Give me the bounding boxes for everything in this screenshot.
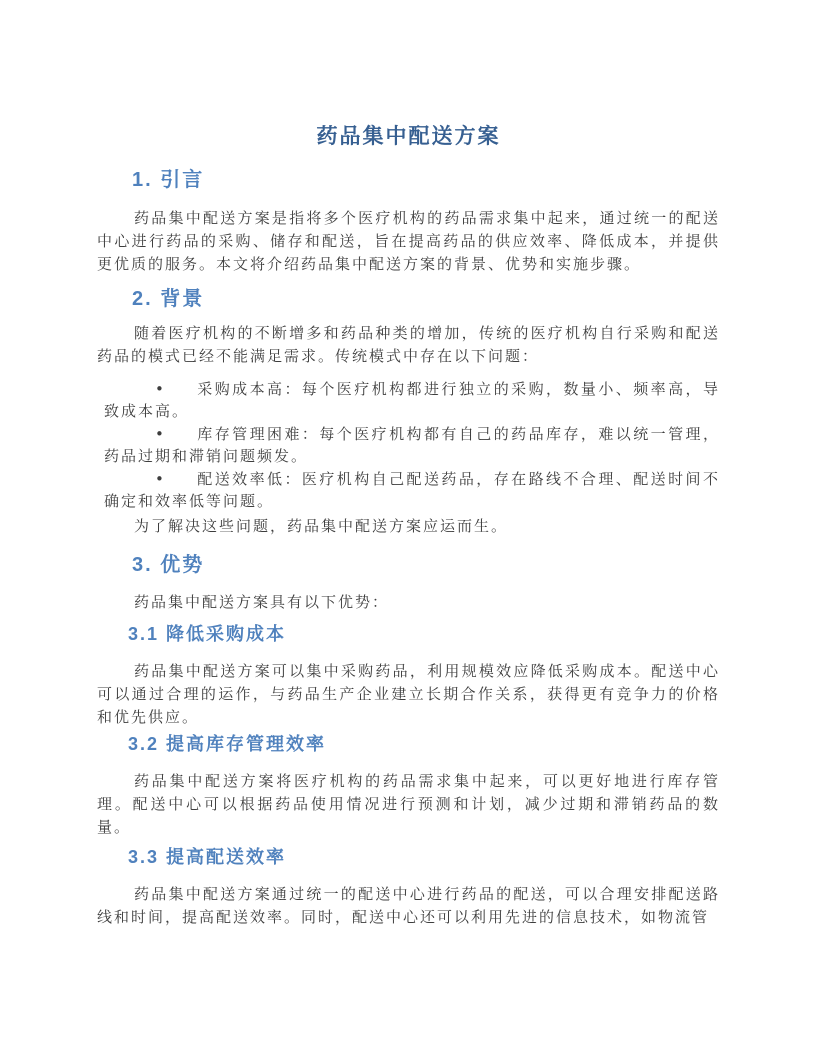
paragraph-intro: 药品集中配送方案是指将多个医疗机构的药品需求集中起来，通过统一的配送中心进行药品…	[97, 208, 720, 277]
heading-advantage-inventory: 3.2 提高库存管理效率	[128, 733, 720, 755]
list-item: •配送效率低：医疗机构自己配送药品，存在路线不合理、配送时间不确定和效率低等问题…	[97, 468, 720, 513]
paragraph-advantage-cost: 药品集中配送方案可以集中采购药品，利用规模效应降低采购成本。配送中心可以通过合理…	[97, 661, 720, 730]
bullet-icon: •	[155, 380, 166, 398]
problem-bullet-list: •采购成本高：每个医疗机构都进行独立的采购，数量小、频率高，导致成本高。 •库存…	[97, 378, 720, 513]
paragraph-advantages-intro: 药品集中配送方案具有以下优势：	[97, 592, 720, 615]
list-item-text: 库存管理困难：每个医疗机构都有自己的药品库存，难以统一管理，药品过期和滞销问题频…	[104, 427, 720, 465]
paragraph-background-closing: 为了解决这些问题，药品集中配送方案应运而生。	[97, 516, 720, 539]
heading-advantage-cost: 3.1 降低采购成本	[128, 623, 720, 645]
list-item: •库存管理困难：每个医疗机构都有自己的药品库存，难以统一管理，药品过期和滞销问题…	[97, 423, 720, 468]
list-item-text: 采购成本高：每个医疗机构都进行独立的采购，数量小、频率高，导致成本高。	[104, 382, 720, 420]
paragraph-advantage-delivery: 药品集中配送方案通过统一的配送中心进行药品的配送，可以合理安排配送路线和时间，提…	[97, 884, 720, 930]
bullet-icon: •	[155, 470, 166, 488]
list-item: •采购成本高：每个医疗机构都进行独立的采购，数量小、频率高，导致成本高。	[97, 378, 720, 423]
heading-advantage-delivery: 3.3 提高配送效率	[128, 846, 720, 868]
document-page: 药品集中配送方案 1. 引言 药品集中配送方案是指将多个医疗机构的药品需求集中起…	[0, 0, 816, 1056]
heading-advantages: 3. 优势	[132, 553, 720, 577]
document-title: 药品集中配送方案	[97, 124, 720, 149]
paragraph-background: 随着医疗机构的不断增多和药品种类的增加，传统的医疗机构自行采购和配送药品的模式已…	[97, 323, 720, 369]
paragraph-advantage-inventory: 药品集中配送方案将医疗机构的药品需求集中起来，可以更好地进行库存管理。配送中心可…	[97, 771, 720, 840]
bullet-icon: •	[155, 425, 166, 443]
heading-intro: 1. 引言	[132, 168, 720, 192]
heading-background: 2. 背景	[132, 287, 720, 311]
list-item-text: 配送效率低：医疗机构自己配送药品，存在路线不合理、配送时间不确定和效率低等问题。	[104, 472, 720, 510]
